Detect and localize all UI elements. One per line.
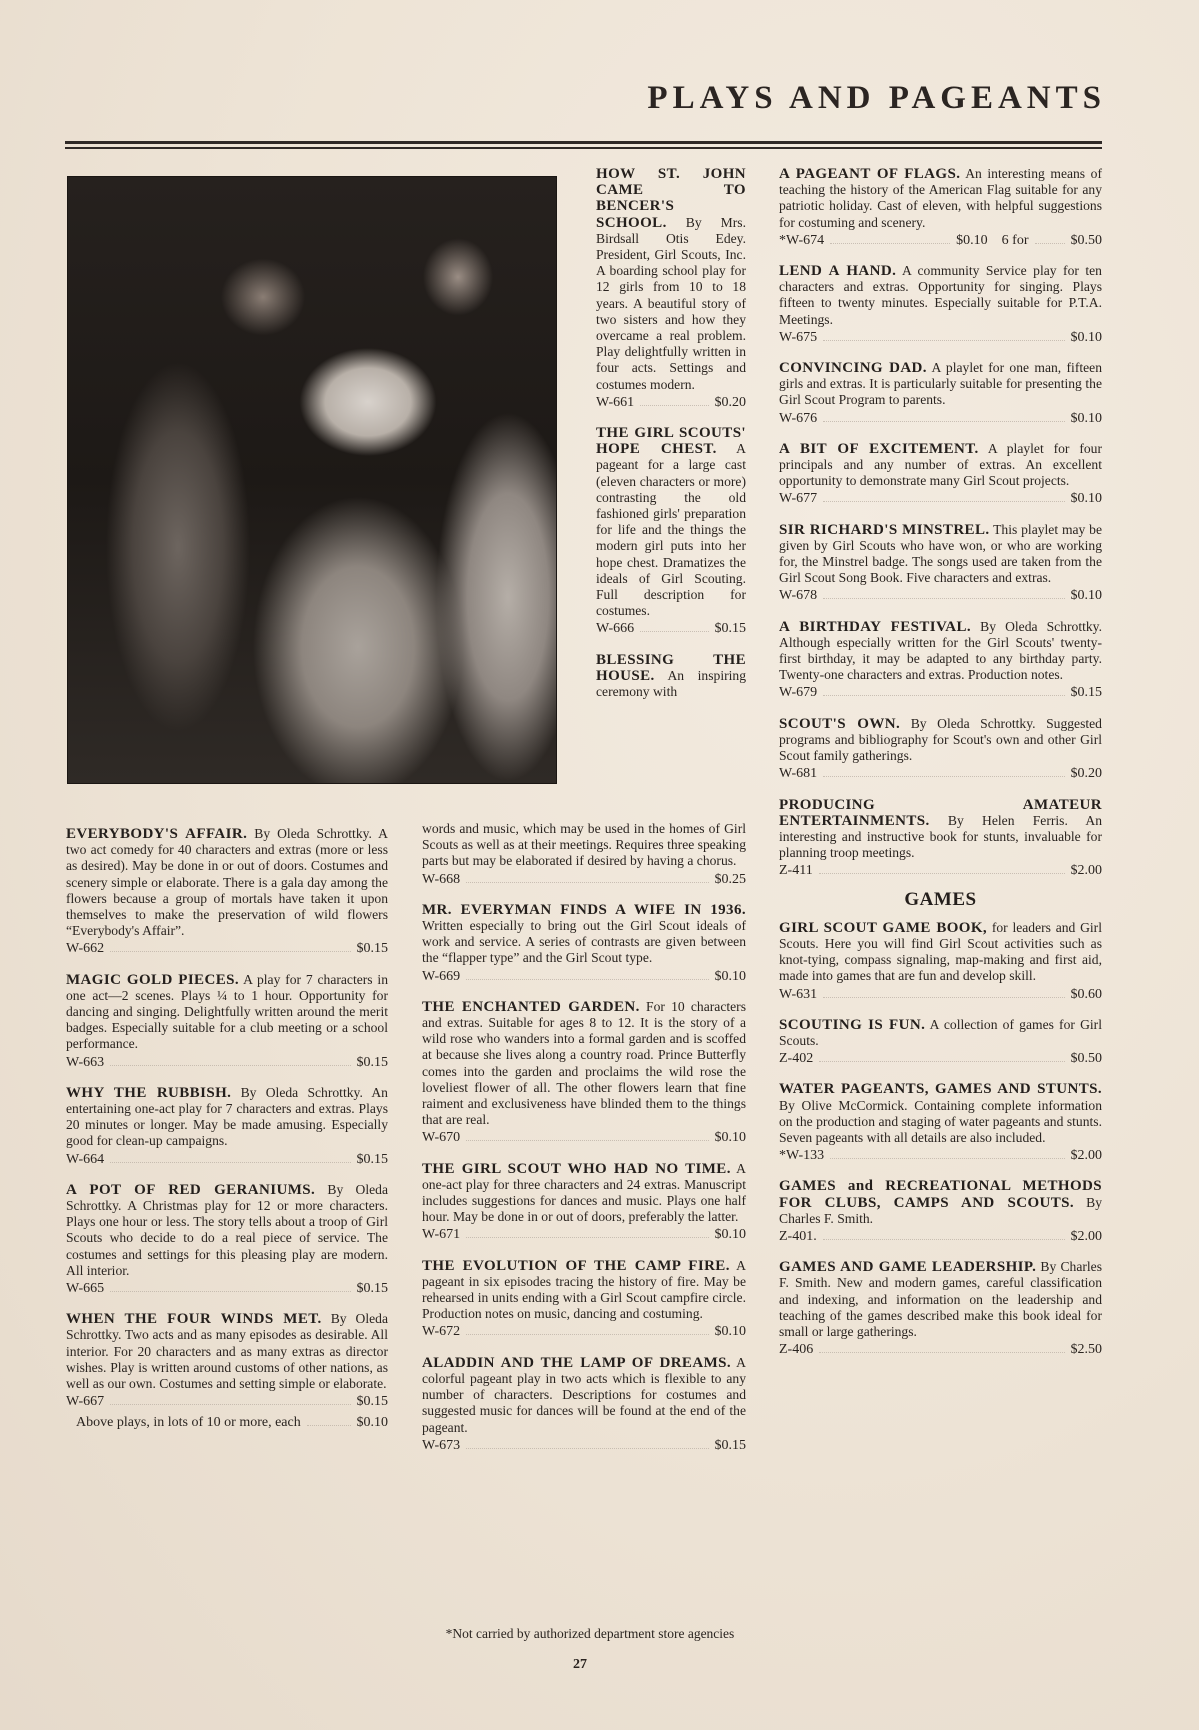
catalog-entry: PRODUCING AMATEUR ENTERTAINMENTS. By Hel… (779, 797, 1102, 880)
item-price: $0.15 (357, 1281, 389, 1297)
item-code: W-668 (422, 872, 460, 888)
item-price: $0.60 (1071, 987, 1103, 1003)
item-code: W-669 (422, 969, 460, 985)
header-rule-thin (65, 147, 1102, 149)
item-code: W-675 (779, 330, 817, 346)
column-mid-bottom: words and music, which may be used in th… (422, 821, 746, 1468)
column-mid-top: HOW ST. JOHN CAME TO BENCER'S SCHOOL. By… (596, 166, 746, 700)
item-price: $0.50 (1071, 1051, 1103, 1067)
costume-photo: Photograph of three girls in period cost… (67, 176, 557, 784)
item-code: W-661 (596, 395, 634, 411)
catalog-entry: ALADDIN AND THE LAMP OF DREAMS. A colorf… (422, 1355, 746, 1454)
item-code: W-663 (66, 1055, 104, 1071)
catalog-entry: MR. EVERYMAN FINDS A WIFE IN 1936. Writt… (422, 902, 746, 985)
catalog-entry: THE GIRL SCOUTS' HOPE CHEST. A pageant f… (596, 425, 746, 638)
catalog-entry: BLESSING THE HOUSE. An inspiring ceremon… (596, 652, 746, 701)
bulk-price-note: Above plays, in lots of 10 or more, each… (66, 1415, 388, 1431)
item-price: $0.15 (357, 941, 389, 957)
games-heading: GAMES (779, 892, 1102, 908)
item-code: Z-401. (779, 1229, 817, 1245)
item-code: W-681 (779, 766, 817, 782)
item-code: *W-133 (779, 1148, 824, 1164)
item-price: $0.20 (1071, 766, 1103, 782)
item-code: Z-406 (779, 1342, 813, 1358)
item-code: Z-402 (779, 1051, 813, 1067)
catalog-entry: words and music, which may be used in th… (422, 821, 746, 888)
item-price: $0.15 (357, 1394, 389, 1410)
catalog-entry: CONVINCING DAD. A playlet for one man, f… (779, 360, 1102, 427)
catalog-entry: GAMES and RECREATIONAL METHODS FOR CLUBS… (779, 1178, 1102, 1245)
item-code: W-666 (596, 621, 634, 637)
item-price: $0.10 (956, 233, 988, 249)
catalog-entry: GAMES AND GAME LEADERSHIP. By Charles F.… (779, 1259, 1102, 1358)
item-code: Z-411 (779, 863, 813, 879)
footnote: *Not carried by authorized department st… (380, 1626, 800, 1642)
item-price: $0.10 (1071, 330, 1103, 346)
item-code: W-671 (422, 1227, 460, 1243)
catalog-entry: WATER PAGEANTS, GAMES AND STUNTS. By Oli… (779, 1081, 1102, 1164)
catalog-entry: HOW ST. JOHN CAME TO BENCER'S SCHOOL. By… (596, 166, 746, 411)
item-price: $2.00 (1071, 1229, 1103, 1245)
item-price: $0.20 (715, 395, 747, 411)
page-title: PLAYS AND PAGEANTS (566, 80, 1106, 117)
item-price: $2.00 (1071, 863, 1103, 879)
catalog-entry: A BIT OF EXCITEMENT. A playlet for four … (779, 441, 1102, 508)
item-code: W-672 (422, 1324, 460, 1340)
item-code: W-670 (422, 1130, 460, 1146)
item-price: $0.15 (357, 1152, 389, 1168)
catalog-entry: WHEN THE FOUR WINDS MET. By Oleda Schrot… (66, 1311, 388, 1410)
item-code: W-678 (779, 588, 817, 604)
item-code: W-673 (422, 1438, 460, 1454)
item-price: $0.25 (715, 872, 747, 888)
item-price: $0.15 (715, 1438, 747, 1454)
item-code: W-677 (779, 491, 817, 507)
catalog-entry: WHY THE RUBBISH. By Oleda Schrottky. An … (66, 1085, 388, 1168)
item-price: $0.15 (715, 621, 747, 637)
item-code: W-679 (779, 685, 817, 701)
catalog-entry: SCOUT'S OWN. By Oleda Schrottky. Suggest… (779, 716, 1102, 783)
column-left: EVERYBODY'S AFFAIR. By Oleda Schrottky. … (66, 826, 388, 1431)
catalog-entry: A PAGEANT OF FLAGS. An interesting means… (779, 166, 1102, 249)
item-code: *W-674 (779, 233, 824, 249)
catalog-entry: SCOUTING IS FUN. A collection of games f… (779, 1017, 1102, 1068)
catalog-entry: A BIRTHDAY FESTIVAL. By Oleda Schrottky.… (779, 619, 1102, 702)
item-price: $0.10 (715, 1324, 747, 1340)
catalog-entry: THE EVOLUTION OF THE CAMP FIRE. A pagean… (422, 1258, 746, 1341)
item-price: $0.10 (715, 969, 747, 985)
item-price: $0.10 (1071, 491, 1103, 507)
header-rule (65, 141, 1102, 144)
item-code: W-664 (66, 1152, 104, 1168)
item-code: W-662 (66, 941, 104, 957)
catalog-entry: THE ENCHANTED GARDEN. For 10 characters … (422, 999, 746, 1147)
item-code: W-676 (779, 411, 817, 427)
catalog-entry: SIR RICHARD'S MINSTREL. This playlet may… (779, 522, 1102, 605)
catalog-entry: LEND A HAND. A community Service play fo… (779, 263, 1102, 346)
catalog-entry: EVERYBODY'S AFFAIR. By Oleda Schrottky. … (66, 826, 388, 958)
item-code: W-665 (66, 1281, 104, 1297)
page-number: 27 (560, 1657, 600, 1673)
item-bulk-price: $0.50 (1071, 233, 1103, 249)
item-price: $0.10 (715, 1227, 747, 1243)
item-price: $0.15 (1071, 685, 1103, 701)
catalog-entry: MAGIC GOLD PIECES. A play for 7 characte… (66, 972, 388, 1071)
catalog-entry: GIRL SCOUT GAME BOOK, for leaders and Gi… (779, 920, 1102, 1003)
catalog-entry: THE GIRL SCOUT WHO HAD NO TIME. A one-ac… (422, 1161, 746, 1244)
item-price: $0.15 (357, 1055, 389, 1071)
item-price: $0.10 (715, 1130, 747, 1146)
item-price: $0.10 (1071, 588, 1103, 604)
item-price: $0.10 (1071, 411, 1103, 427)
item-code: W-631 (779, 987, 817, 1003)
item-price: $2.50 (1071, 1342, 1103, 1358)
item-price: $2.00 (1071, 1148, 1103, 1164)
item-code: W-667 (66, 1394, 104, 1410)
column-right: A PAGEANT OF FLAGS. An interesting means… (779, 166, 1102, 1372)
catalog-entry: A POT OF RED GERANIUMS. By Oleda Schrott… (66, 1182, 388, 1297)
